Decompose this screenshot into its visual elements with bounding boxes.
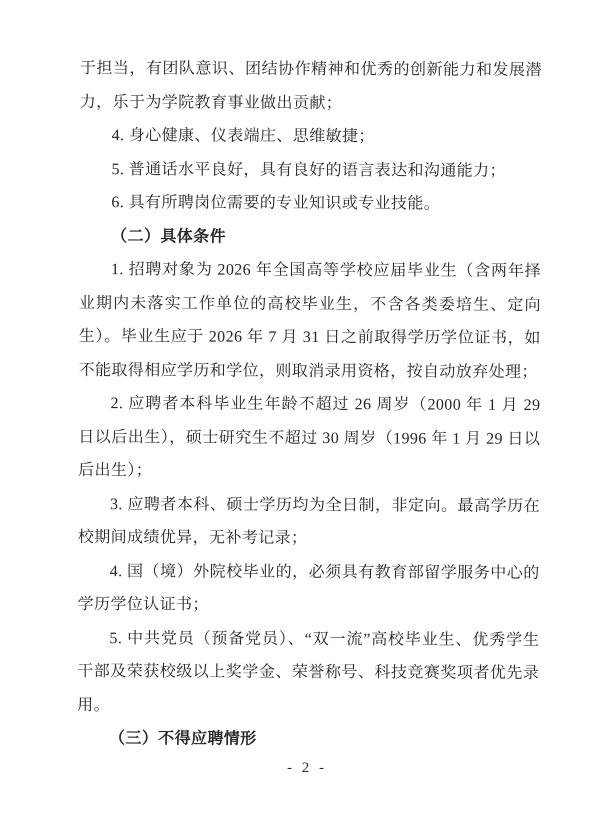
list-item-5-general: 5. 普通话水平良好，具有良好的语言表达和沟通能力； xyxy=(79,152,541,188)
list-item-6-general: 6. 具有所聘岗位需要的专业知识或专业技能。 xyxy=(79,186,541,222)
section-heading-ineligible-situations: （三）不得应聘情形 xyxy=(77,722,539,758)
page-number: - 2 - xyxy=(0,760,614,777)
list-item-1-specific: 1. 招聘对象为 2026 年全国高等学校应届毕业生（含两年择业期内未落实工作单… xyxy=(79,253,542,389)
list-item-4-specific: 4. 国（境）外院校毕业的，必须具有教育部留学服务中心的学历学位认证书； xyxy=(78,554,540,623)
paragraph-continuation: 于担当，有团队意识、团结协作精神和优秀的创新能力和发展潜力，乐于为学院教育事业做… xyxy=(80,52,542,121)
list-item-2-specific: 2. 应聘者本科毕业生年龄不超过 26 周岁（2000 年 1 月 29 日以后… xyxy=(78,387,540,490)
document-body: 于担当，有团队意识、团结协作精神和优秀的创新能力和发展潜力，乐于为学院教育事业做… xyxy=(77,52,542,758)
section-heading-specific-conditions: （二）具体条件 xyxy=(79,219,541,255)
list-item-4-general: 4. 身心健康、仪表端庄、思维敏捷； xyxy=(80,119,542,155)
document-page: 于担当，有团队意识、团结协作精神和优秀的创新能力和发展潜力，乐于为学院教育事业做… xyxy=(0,0,614,816)
list-item-3-specific: 3. 应聘者本科、硕士学历均为全日制，非定向。最高学历在校期间成绩优异，无补考记… xyxy=(78,487,540,556)
list-item-5-specific: 5. 中共党员（预备党员）、“双一流”高校毕业生、优秀学生干部及荣获校级以上奖学… xyxy=(77,621,539,724)
